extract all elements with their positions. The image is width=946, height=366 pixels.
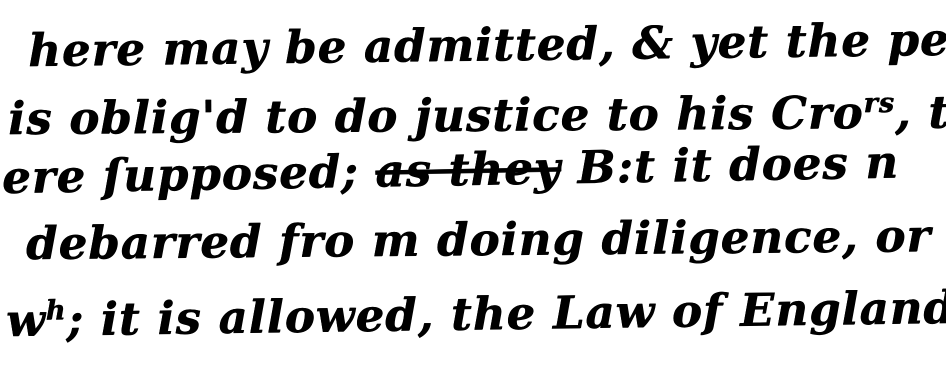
line-5-text-end: ; it is allowed, the Law of England: [66, 281, 946, 346]
manuscript-page: here may be admitted, & yet the petr is …: [0, 0, 946, 366]
superscript-abbreviation: rs: [863, 88, 895, 119]
superscript-abbreviation: h: [45, 295, 66, 326]
strikethrough-text: as they: [375, 141, 561, 197]
line-2-text-end: , to h: [895, 85, 946, 139]
line-1-text: here may be admitted, & yet the pet: [28, 12, 946, 77]
line-5-text: w: [6, 293, 46, 347]
handwritten-line-4: debarred fro m doing diligence, or: [26, 206, 931, 274]
handwritten-line-1: here may be admitted, & yet the petr: [28, 0, 946, 81]
line-4-text: debarred fro m doing diligence, or: [26, 209, 931, 270]
line-3-text-end: B:t it does n: [560, 135, 899, 194]
handwritten-line-5: wh; it is allowed, the Law of England: [6, 269, 946, 351]
line-3-text: ere ſupposed;: [2, 144, 376, 204]
